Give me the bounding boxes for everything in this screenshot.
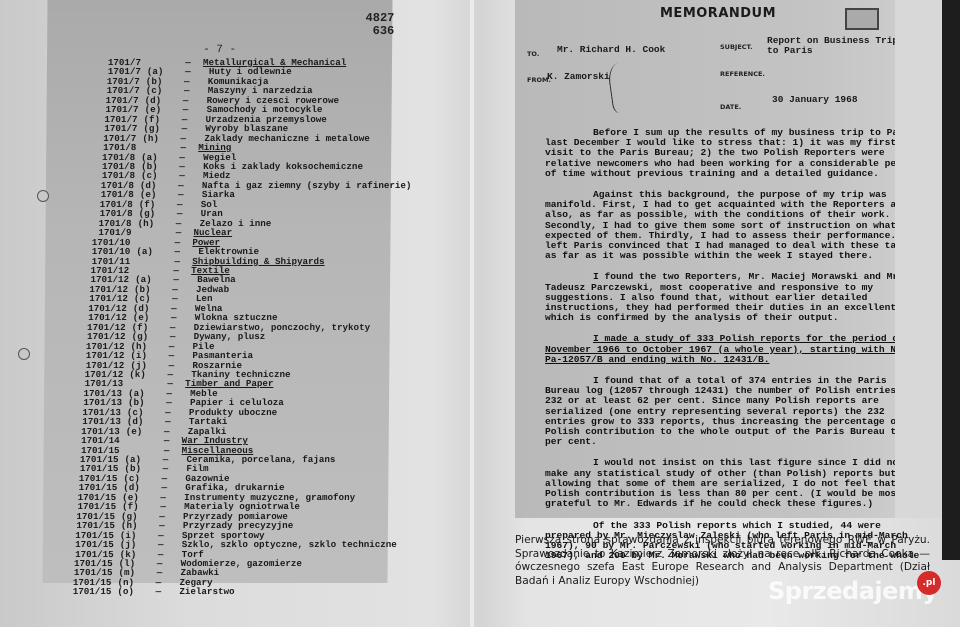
entry-letter: (o) [111, 587, 143, 596]
left-page-sheet: 4827 636 - 7 - 1701/7—Metallurgical & Me… [42, 0, 392, 583]
subject-label: SUBJECT. [720, 43, 752, 51]
signature-icon [607, 60, 645, 114]
category-index-list: 1701/7—Metallurgical & Mechanical1701/7(… [50, 58, 412, 597]
memo-paragraph: I would not insist on this last figure s… [545, 458, 925, 509]
archive-number: 4827 636 [365, 12, 394, 38]
page-margin [895, 0, 942, 518]
subject-value: Report on Business Trip to Paris [767, 36, 907, 56]
entry-dash: — [143, 587, 173, 596]
from-value: K. Zamorski [547, 72, 610, 82]
punch-hole-icon [18, 348, 30, 360]
memo-paragraph: Against this background, the purpose of … [545, 190, 925, 261]
punch-hole-icon [37, 190, 49, 202]
entry-code: 1701/15 [25, 587, 111, 596]
stamp-mark-icon [845, 8, 879, 30]
memo-body: Before I sum up the results of my busine… [545, 128, 925, 572]
memo-paragraph: Before I sum up the results of my busine… [545, 128, 925, 179]
memo-paragraph: I made a study of 333 Polish reports for… [545, 334, 925, 365]
date-label: DATE. [720, 103, 741, 111]
reference-label: REFERENCE. [720, 70, 765, 78]
book-spine [470, 0, 474, 627]
page-number: - 7 - [47, 44, 392, 56]
date-value: 30 January 1968 [772, 95, 858, 105]
entry-letter: (h) [132, 219, 164, 228]
memo-title: MEMORANDUM [660, 6, 776, 21]
entry-letter [130, 257, 162, 266]
to-value: Mr. Richard H. Cook [557, 45, 665, 55]
memo-paragraph: I found that of a total of 374 entries i… [545, 376, 925, 447]
entry-label: Szklo, szklo optyczne, szklo techniczne [176, 540, 397, 549]
entry-letter: (e) [120, 427, 152, 436]
memorandum-sheet: MEMORANDUM TO. Mr. Richard H. Cook FROM.… [515, 0, 930, 518]
watermark-logo: Sprzedajemy [768, 577, 938, 605]
entry-letter: (h) [136, 134, 168, 143]
entry-letter: (a) [130, 247, 162, 256]
entry-letter: (k) [123, 370, 155, 379]
entry-letter [120, 436, 152, 445]
to-label: TO. [527, 50, 539, 58]
entry-label: Zielarstwo [173, 587, 234, 596]
index-entry: 1701/15(o)—Zielarstwo [25, 587, 408, 596]
entry-letter [131, 228, 163, 237]
background-edge [942, 0, 960, 560]
memo-paragraph: I found the two Reporters, Mr. Maciej Mo… [545, 272, 925, 323]
watermark-badge-icon: .pl [917, 571, 941, 595]
